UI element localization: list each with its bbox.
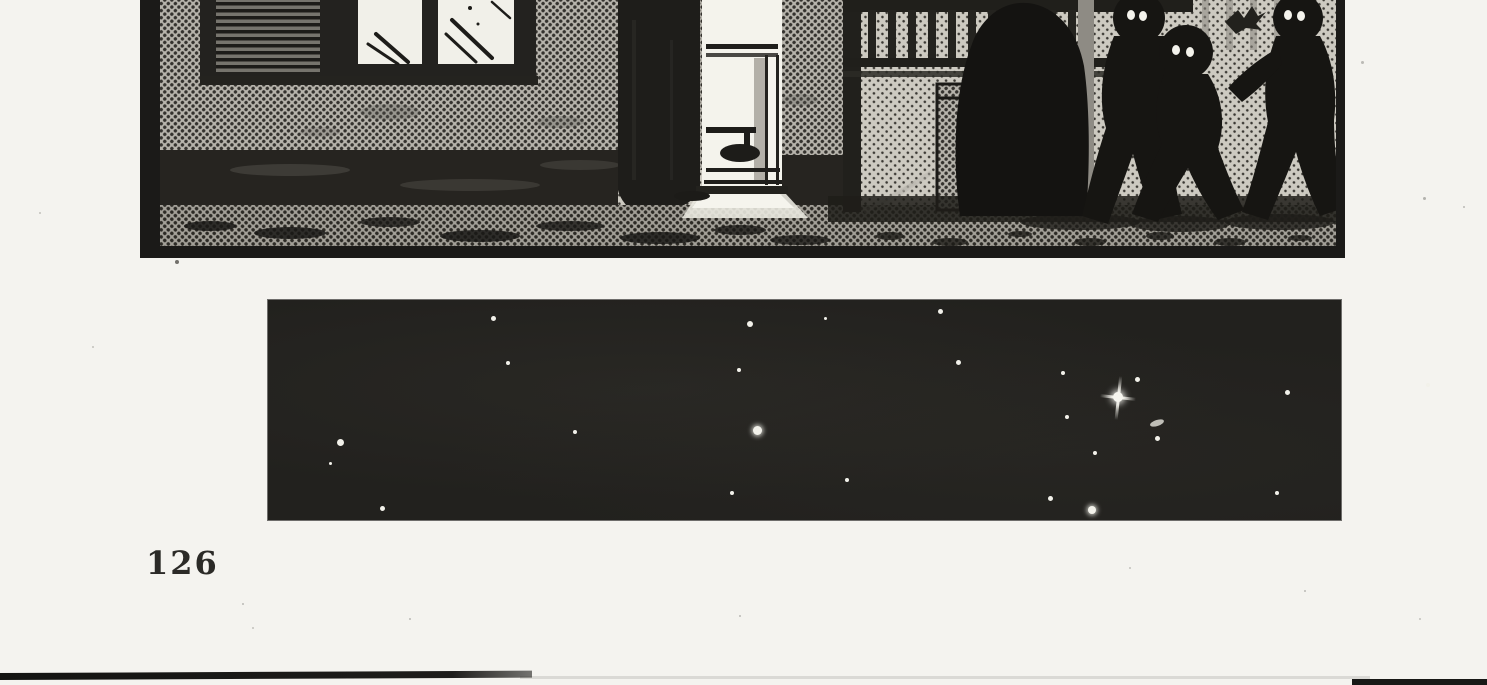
paper-speck [1419, 618, 1421, 620]
night-sky-panel [268, 300, 1341, 520]
page-number: 126 [146, 544, 219, 582]
paper-speck [1463, 206, 1465, 208]
paper-speck [39, 212, 41, 214]
star [1149, 418, 1165, 428]
star [337, 439, 344, 446]
star [573, 430, 577, 434]
scene-panel [140, 0, 1345, 258]
bottom-rule-mid-segment [520, 676, 1370, 679]
bottom-rule-left-segment [0, 671, 532, 680]
paper-speck [739, 615, 741, 617]
louver-vent [200, 0, 340, 84]
star [1110, 389, 1125, 404]
star [1135, 377, 1140, 382]
child-3-eye-right [1297, 11, 1305, 21]
child-1-eye-left [1127, 10, 1135, 20]
bottom-rule [0, 668, 1487, 685]
bottom-rule-right-segment [1352, 679, 1487, 685]
paper-speck [1129, 567, 1131, 569]
star [1275, 491, 1279, 495]
star [938, 309, 943, 314]
star [491, 316, 496, 321]
star [1426, 383, 1430, 387]
door-post [618, 0, 700, 205]
star [1065, 415, 1069, 419]
doorway-dark-shape [720, 144, 760, 162]
child-2-eye-left [1172, 45, 1180, 55]
star [1155, 436, 1160, 441]
paper-speck [242, 603, 244, 605]
star [753, 426, 762, 435]
star [824, 317, 827, 320]
star [1088, 506, 1096, 514]
paper-speck [409, 618, 411, 620]
paper-speck [1361, 61, 1364, 64]
star [380, 506, 385, 511]
paper-speck [1304, 590, 1306, 592]
paper-speck [92, 346, 94, 348]
star [1061, 371, 1065, 375]
star [1048, 496, 1053, 501]
star [737, 368, 741, 372]
child-3-eye-left [1284, 10, 1292, 20]
star [730, 491, 734, 495]
child-1-eye-right [1139, 11, 1147, 21]
scanned-manga-page: 126 [0, 0, 1487, 685]
doorway-table [706, 127, 756, 133]
paper-speck [175, 260, 179, 264]
window-sill [200, 76, 538, 85]
paper-speck [252, 627, 254, 629]
star [1285, 390, 1290, 395]
doorway [696, 0, 788, 194]
star [506, 361, 510, 365]
star [956, 360, 961, 365]
paper-speck [1423, 197, 1426, 200]
star [329, 462, 332, 465]
star [747, 321, 753, 327]
ground-stone [674, 191, 710, 201]
child-2-eye-right [1186, 47, 1194, 57]
star [1093, 451, 1097, 455]
star [845, 478, 849, 482]
